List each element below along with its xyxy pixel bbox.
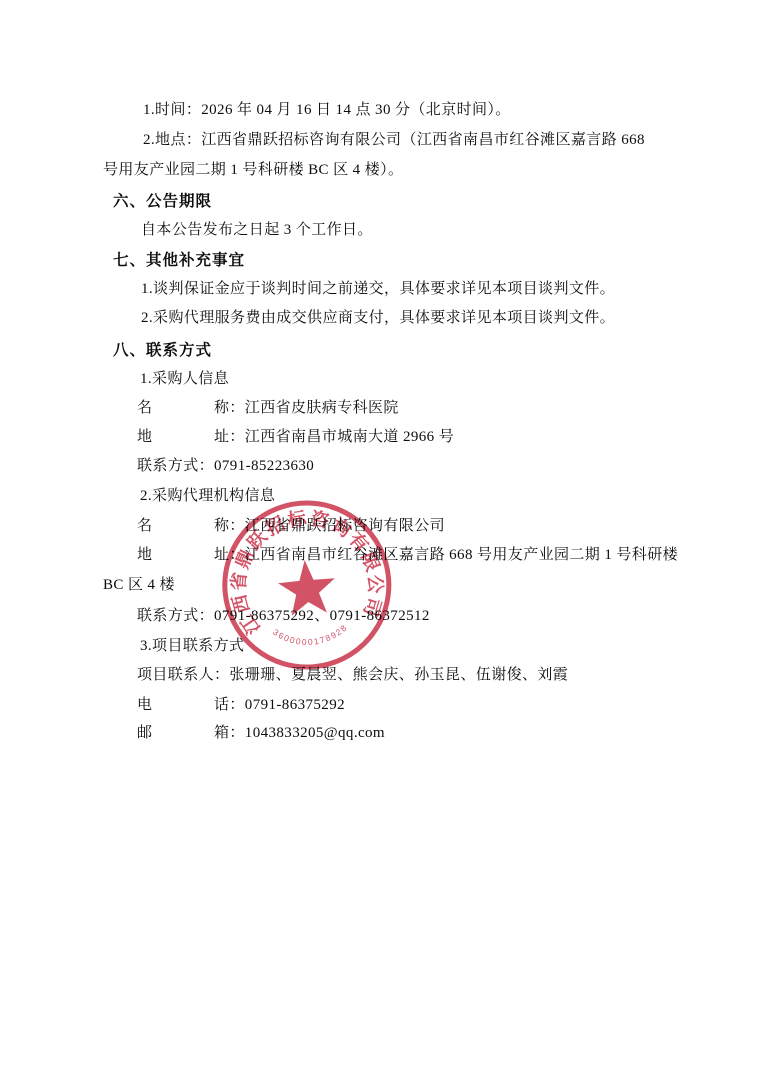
project-contact-persons: 项目联系人：张珊珊、夏晨翌、熊会庆、孙玉昆、伍谢俊、刘霞 bbox=[137, 666, 568, 685]
purchaser-address: 地 址：江西省南昌市城南大道 2966 号 bbox=[137, 428, 454, 447]
project-phone: 电 话：0791-86375292 bbox=[137, 696, 345, 715]
document-page: 1.时间：2026 年 04 月 16 日 14 点 30 分（北京时间）。 2… bbox=[0, 0, 769, 1088]
para-announcement-period: 自本公告发布之日起 3 个工作日。 bbox=[141, 221, 373, 240]
para-negotiation-place-1: 2.地点：江西省鼎跃招标咨询有限公司（江西省南昌市红谷滩区嘉言路 668 bbox=[143, 131, 645, 150]
heading-contact-info: 八、联系方式 bbox=[113, 341, 212, 360]
purchaser-phone: 联系方式：0791-85223630 bbox=[137, 457, 314, 476]
purchaser-name: 名 称：江西省皮肤病专科医院 bbox=[137, 399, 399, 418]
heading-announcement-period: 六、公告期限 bbox=[113, 192, 212, 211]
subheading-project-contact: 3.项目联系方式 bbox=[140, 637, 244, 656]
para-agency-fee: 2.采购代理服务费由成交供应商支付，具体要求详见本项目谈判文件。 bbox=[141, 309, 615, 328]
agency-address-2: BC 区 4 楼 bbox=[103, 576, 175, 595]
agency-name: 名 称：江西省鼎跃招标咨询有限公司 bbox=[137, 517, 445, 536]
heading-other-matters: 七、其他补充事宜 bbox=[113, 251, 245, 270]
subheading-purchaser-info: 1.采购人信息 bbox=[140, 370, 229, 389]
para-negotiation-time: 1.时间：2026 年 04 月 16 日 14 点 30 分（北京时间）。 bbox=[143, 101, 511, 120]
agency-address-1: 地 址：江西省南昌市红谷滩区嘉言路 668 号用友产业园二期 1 号科研楼 bbox=[137, 546, 678, 565]
project-email: 邮 箱：1043833205@qq.com bbox=[137, 724, 385, 743]
agency-phone: 联系方式：0791-86375292、0791-86372512 bbox=[137, 607, 430, 626]
para-deposit-requirement: 1.谈判保证金应于谈判时间之前递交，具体要求详见本项目谈判文件。 bbox=[141, 280, 615, 299]
subheading-agency-info: 2.采购代理机构信息 bbox=[140, 487, 275, 506]
para-negotiation-place-2: 号用友产业园二期 1 号科研楼 BC 区 4 楼）。 bbox=[103, 161, 403, 180]
